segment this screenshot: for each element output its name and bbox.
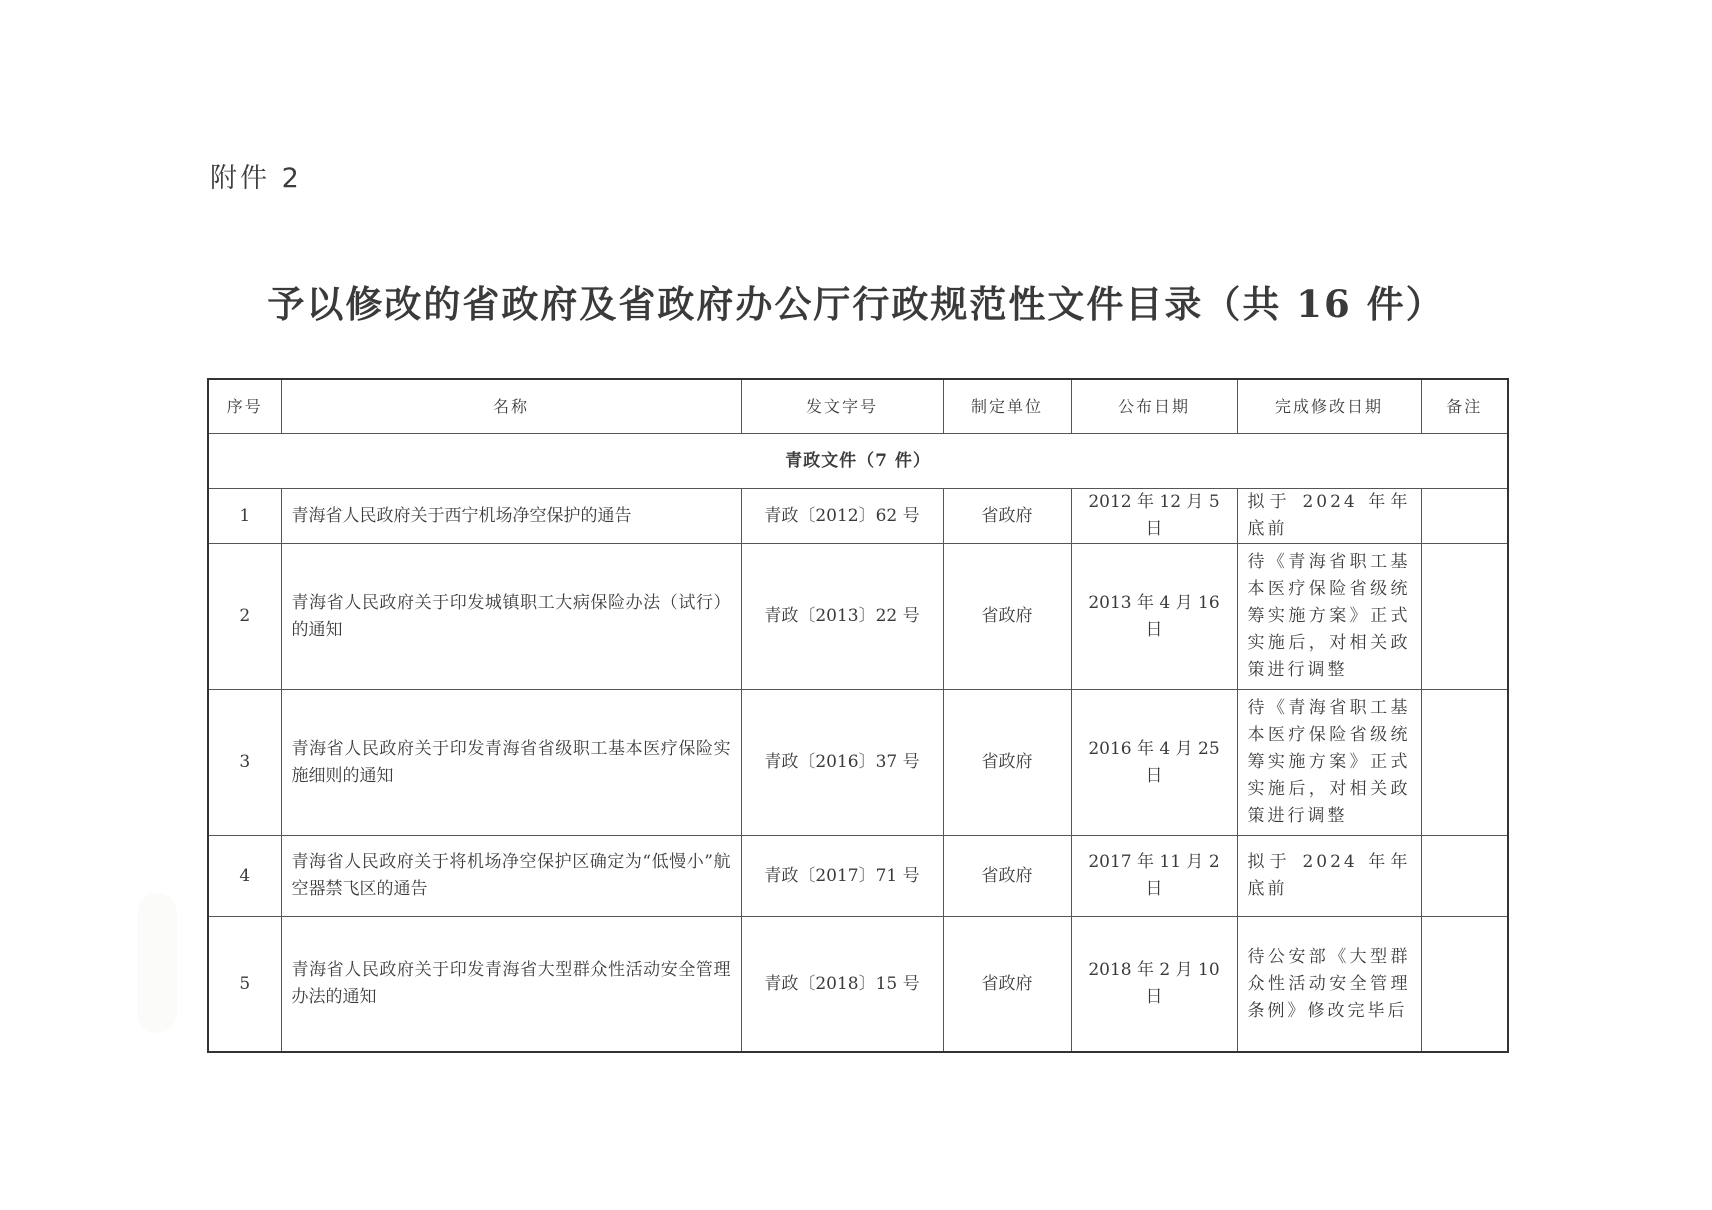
cell-remark [1421, 836, 1508, 917]
cell-name: 青海省人民政府关于西宁机场净空保护的通告 [281, 489, 741, 544]
cell-revision-date: 拟于 2024 年年底前 [1237, 836, 1421, 917]
cell-doc-number: 青政〔2016〕37 号 [741, 690, 943, 836]
cell-revision-date: 待《青海省职工基本医疗保险省级统筹实施方案》正式实施后，对相关政策进行调整 [1237, 690, 1421, 836]
cell-remark [1421, 544, 1508, 690]
table-row: 5 青海省人民政府关于印发青海省大型群众性活动安全管理办法的通知 青政〔2018… [208, 917, 1508, 1053]
cell-published: 2017 年 11 月 2 日 [1071, 836, 1237, 917]
cell-revision-date: 拟于 2024 年年底前 [1237, 489, 1421, 544]
cell-published: 2018 年 2 月 10 日 [1071, 917, 1237, 1053]
table-header-row: 序号 名称 发文字号 制定单位 公布日期 完成修改日期 备注 [208, 379, 1508, 434]
table-row: 3 青海省人民政府关于印发青海省省级职工基本医疗保险实施细则的通知 青政〔201… [208, 690, 1508, 836]
cell-revision-date: 待《青海省职工基本医疗保险省级统筹实施方案》正式实施后，对相关政策进行调整 [1237, 544, 1421, 690]
header-revision-date: 完成修改日期 [1237, 379, 1421, 434]
cell-revision-date: 待公安部《大型群众性活动安全管理条例》修改完毕后 [1237, 917, 1421, 1053]
document-title: 予以修改的省政府及省政府办公厅行政规范性文件目录（共 16 件） [200, 274, 1512, 328]
cell-doc-number: 青政〔2017〕71 号 [741, 836, 943, 917]
cell-doc-number: 青政〔2012〕62 号 [741, 489, 943, 544]
header-doc-number: 发文字号 [741, 379, 943, 434]
cell-remark [1421, 489, 1508, 544]
cell-no: 5 [208, 917, 281, 1053]
header-published: 公布日期 [1071, 379, 1237, 434]
cell-issuer: 省政府 [943, 544, 1071, 690]
section-row: 青政文件（7 件） [208, 434, 1508, 489]
cell-name: 青海省人民政府关于印发青海省大型群众性活动安全管理办法的通知 [281, 917, 741, 1053]
header-no: 序号 [208, 379, 281, 434]
cell-published: 2012 年 12 月 5 日 [1071, 489, 1237, 544]
cell-name: 青海省人民政府关于印发城镇职工大病保险办法（试行）的通知 [281, 544, 741, 690]
cell-published: 2016 年 4 月 25 日 [1071, 690, 1237, 836]
cell-name: 青海省人民政府关于印发青海省省级职工基本医疗保险实施细则的通知 [281, 690, 741, 836]
header-remark: 备注 [1421, 379, 1508, 434]
cell-remark [1421, 690, 1508, 836]
cell-no: 4 [208, 836, 281, 917]
section-title: 青政文件（7 件） [208, 434, 1508, 489]
cell-no: 1 [208, 489, 281, 544]
cell-doc-number: 青政〔2013〕22 号 [741, 544, 943, 690]
cell-remark [1421, 917, 1508, 1053]
table-row: 2 青海省人民政府关于印发城镇职工大病保险办法（试行）的通知 青政〔2013〕2… [208, 544, 1508, 690]
cell-issuer: 省政府 [943, 489, 1071, 544]
table-row: 4 青海省人民政府关于将机场净空保护区确定为“低慢小”航空器禁飞区的通告 青政〔… [208, 836, 1508, 917]
cell-no: 3 [208, 690, 281, 836]
cell-issuer: 省政府 [943, 836, 1071, 917]
cell-issuer: 省政府 [943, 690, 1071, 836]
page-seal-mark [137, 893, 177, 1033]
cell-no: 2 [208, 544, 281, 690]
cell-issuer: 省政府 [943, 917, 1071, 1053]
table-row: 1 青海省人民政府关于西宁机场净空保护的通告 青政〔2012〕62 号 省政府 … [208, 489, 1508, 544]
cell-published: 2013 年 4 月 16 日 [1071, 544, 1237, 690]
document-table: 序号 名称 发文字号 制定单位 公布日期 完成修改日期 备注 青政文件（7 件）… [207, 378, 1509, 1053]
header-issuer: 制定单位 [943, 379, 1071, 434]
header-name: 名称 [281, 379, 741, 434]
cell-doc-number: 青政〔2018〕15 号 [741, 917, 943, 1053]
cell-name: 青海省人民政府关于将机场净空保护区确定为“低慢小”航空器禁飞区的通告 [281, 836, 741, 917]
attachment-label: 附件 2 [210, 156, 302, 195]
